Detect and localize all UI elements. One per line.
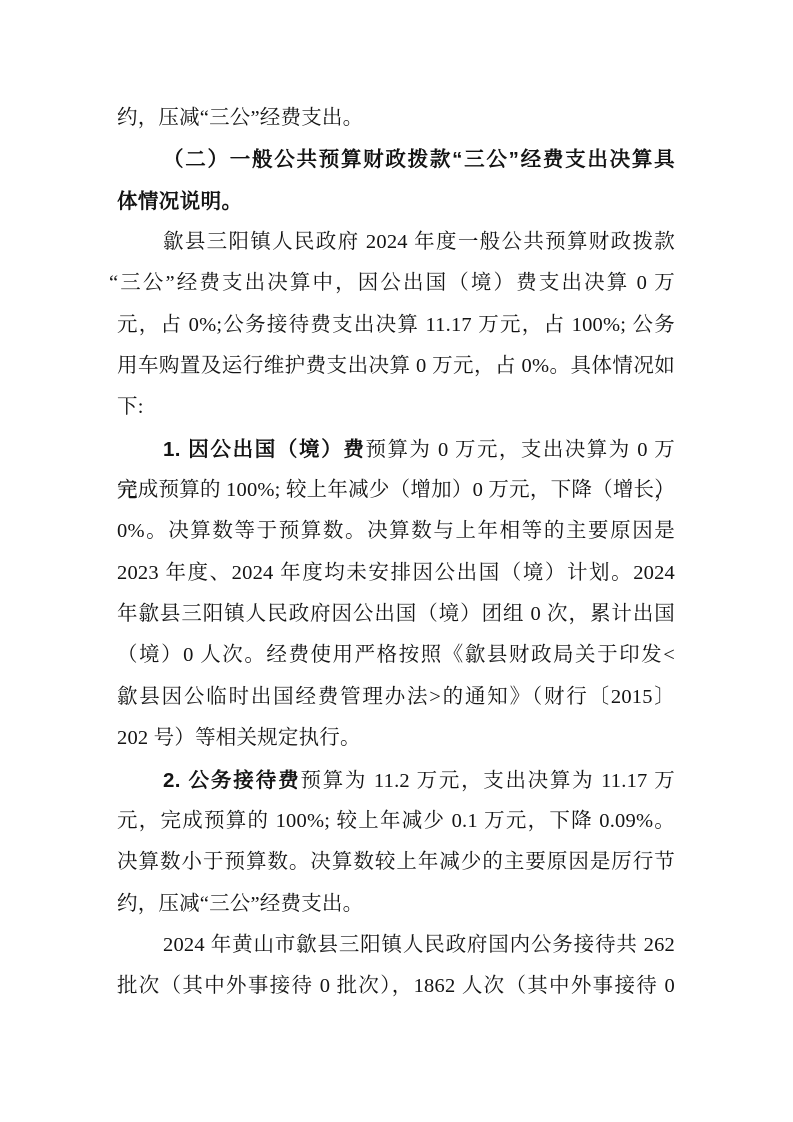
line-section-heading-2: 体情况说明。 — [117, 181, 675, 222]
text-run: 批次（其中外事接待 0 批次），1862 人次（其中外事接待 0 — [117, 975, 675, 997]
line-body: 年歙县三阳镇人民政府因公出国（境）团组 0 次，累计出国 — [117, 594, 675, 635]
text-run: 歙县因公临时出国经费管理办法>的通知》（财行〔2015〕 — [117, 686, 675, 708]
line-body: 元，完成预算的 100%; 较上年减少 0.1 万元，下降 0.09%。 — [117, 801, 675, 842]
line-section-heading-1: （二）一般公共预算财政拨款“三公”经费支出决算具 — [117, 139, 675, 180]
line-body: 2024 年黄山市歙县三阳镇人民政府国内公务接待共 262 — [117, 925, 675, 966]
text-run: 用车购置及运行维护费支出决算 0 万元，占 0%。具体情况如 — [117, 355, 675, 377]
document-body: 约，压减“三公”经费支出。（二）一般公共预算财政拨款“三公”经费支出决算具体情况… — [117, 98, 675, 1008]
text-run: 0%。决算数等于预算数。决算数与上年相等的主要原因是 — [117, 520, 675, 542]
text-run: “三公”经费支出决算中，因公出国（境）费支出决算 0 万 — [109, 272, 675, 294]
line-paragraph-end: 202 号）等相关规定执行。 — [117, 718, 675, 759]
line-body: “三公”经费支出决算中，因公出国（境）费支出决算 0 万 — [109, 263, 675, 304]
text-run: （境）0 人次。经费使用严格按照《歙县财政局关于印发< — [117, 644, 675, 666]
text-run: 预算为 11.2 万元，支出决算为 11.17 万 — [301, 770, 676, 792]
document-page: 约，压减“三公”经费支出。（二）一般公共预算财政拨款“三公”经费支出决算具体情况… — [0, 0, 793, 1122]
text-run: 元，完成预算的 100%; 较上年减少 0.1 万元，下降 0.09%。 — [117, 810, 675, 832]
text-run: 约，压减“三公”经费支出。 — [117, 107, 363, 129]
line-item-1-abroad-fee: 1. 因公出国（境）费预算为 0 万元，支出决算为 0 万元， — [117, 429, 675, 470]
line-item-2-reception-fee: 2. 公务接待费预算为 11.2 万元，支出决算为 11.17 万 — [117, 760, 675, 801]
line-body: 歙县因公临时出国经费管理办法>的通知》（财行〔2015〕 — [117, 677, 675, 718]
line-body: 决算数小于预算数。决算数较上年减少的主要原因是厉行节 — [117, 842, 675, 883]
text-run: 决算数小于预算数。决算数较上年减少的主要原因是厉行节 — [117, 851, 675, 873]
text-run: 年歙县三阳镇人民政府因公出国（境）团组 0 次，累计出国 — [117, 603, 675, 625]
text-run: 约，压减“三公”经费支出。 — [117, 893, 363, 915]
bold-text-run: 1. 因公出国（境）费 — [163, 438, 366, 461]
text-run: 下: — [117, 396, 144, 418]
line-paragraph-end: 约，压减“三公”经费支出。 — [117, 98, 675, 139]
line-paragraph-end: 约，压减“三公”经费支出。 — [117, 884, 675, 925]
text-run: 2024 年黄山市歙县三阳镇人民政府国内公务接待共 262 — [163, 934, 675, 956]
text-run: 202 号）等相关规定执行。 — [117, 727, 361, 749]
line-body: 下: — [117, 387, 675, 428]
line-body: （境）0 人次。经费使用严格按照《歙县财政局关于印发< — [117, 635, 675, 676]
line-body: 完成预算的 100%; 较上年减少（增加）0 万元，下降（增长） — [117, 470, 675, 511]
line-body: 2023 年度、2024 年度均未安排因公出国（境）计划。2024 — [117, 553, 675, 594]
line-body: 批次（其中外事接待 0 批次），1862 人次（其中外事接待 0 — [117, 966, 675, 1007]
text-run: 完成预算的 100%; 较上年减少（增加）0 万元，下降（增长） — [117, 479, 675, 501]
bold-text-run: 2. 公务接待费 — [163, 769, 301, 792]
line-body: 0%。决算数等于预算数。决算数与上年相等的主要原因是 — [117, 511, 675, 552]
line-body: 元，占 0%;公务接待费支出决算 11.17 万元，占 100%; 公务 — [117, 305, 675, 346]
line-body: 用车购置及运行维护费支出决算 0 万元，占 0%。具体情况如 — [117, 346, 675, 387]
text-run: 歙县三阳镇人民政府 2024 年度一般公共预算财政拨款 — [163, 231, 675, 253]
bold-text-run: （二）一般公共预算财政拨款“三公”经费支出决算具 — [163, 148, 675, 171]
line-body: 歙县三阳镇人民政府 2024 年度一般公共预算财政拨款 — [117, 222, 675, 263]
text-run: 2023 年度、2024 年度均未安排因公出国（境）计划。2024 — [117, 562, 675, 584]
bold-text-run: 体情况说明。 — [117, 190, 242, 213]
text-run: 元，占 0%;公务接待费支出决算 11.17 万元，占 100%; 公务 — [117, 314, 675, 336]
